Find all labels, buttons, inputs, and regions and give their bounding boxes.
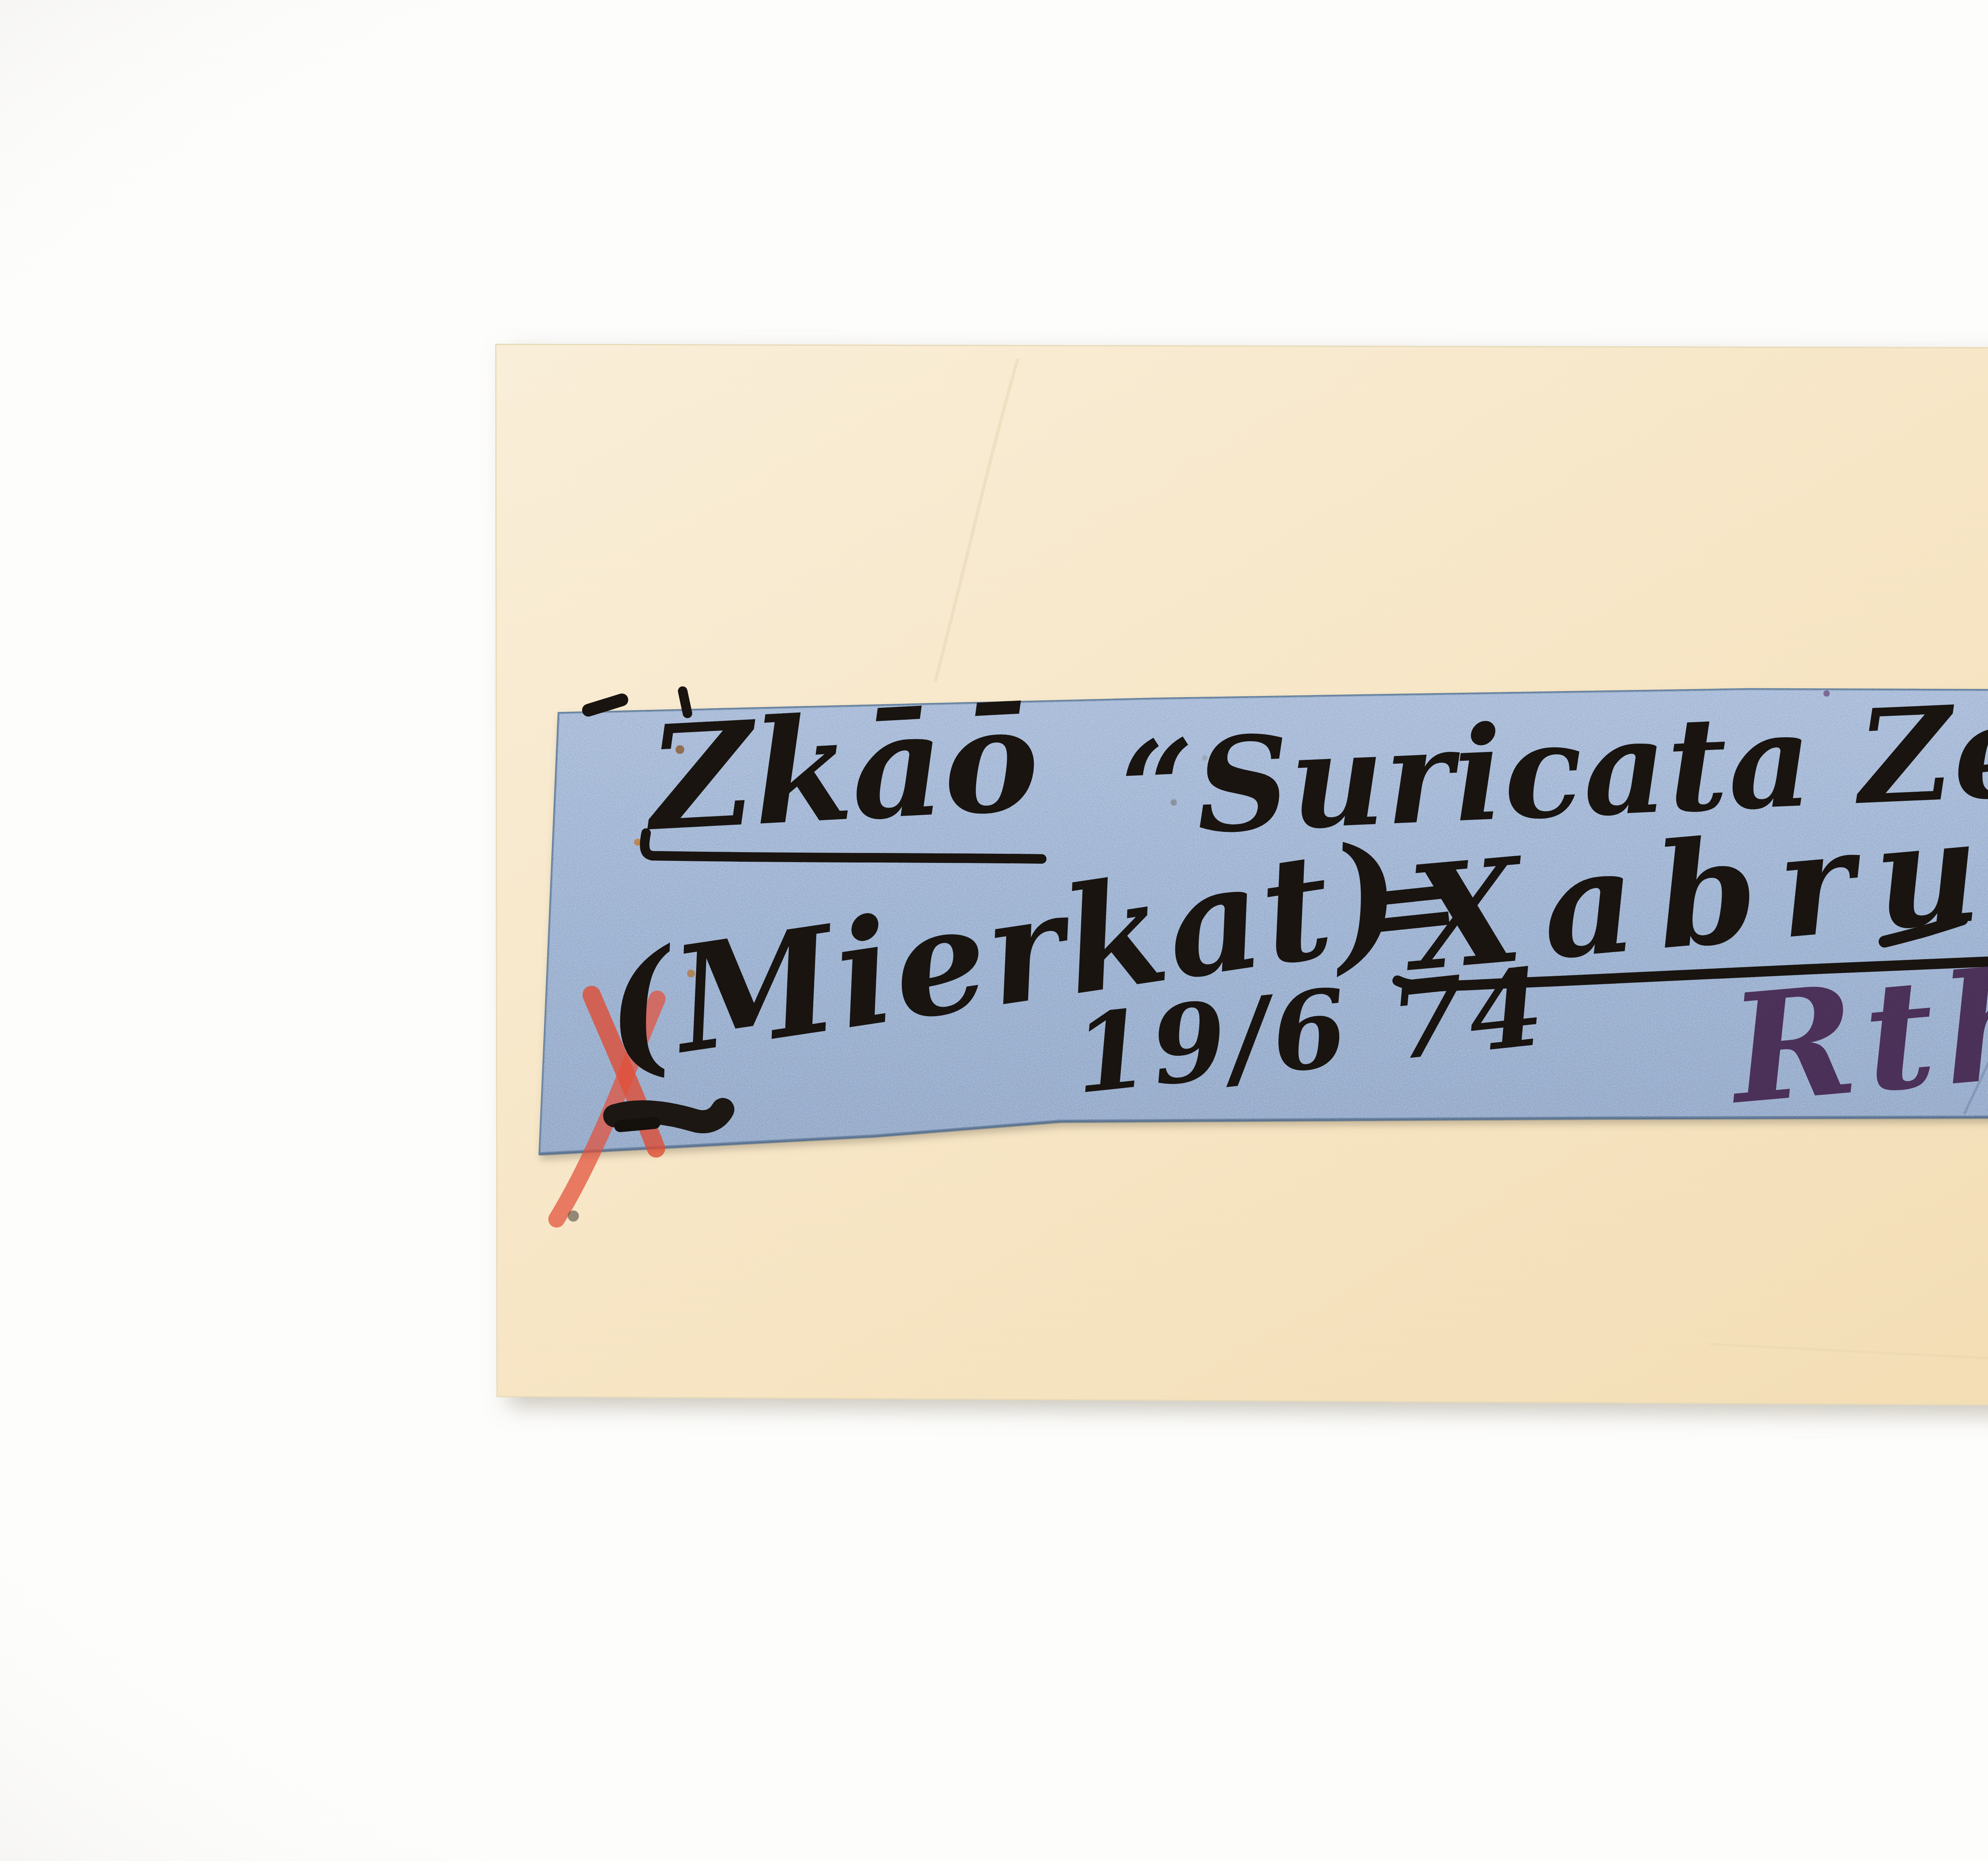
ink-blot-top-left-2 [683,691,687,713]
photo-of-handwritten-label: Zkāō “Suricata Zenicki” (Mierkat) = Xabr… [0,0,1988,1861]
ink-smear-bottom-edge-2 [620,1123,654,1126]
line1-inventory-word: Zkāō [638,674,1042,863]
ink-dot-on-card [568,1210,579,1222]
photo-canvas: Zkāō “Suricata Zenicki” (Mierkat) = Xabr… [0,0,1988,1861]
